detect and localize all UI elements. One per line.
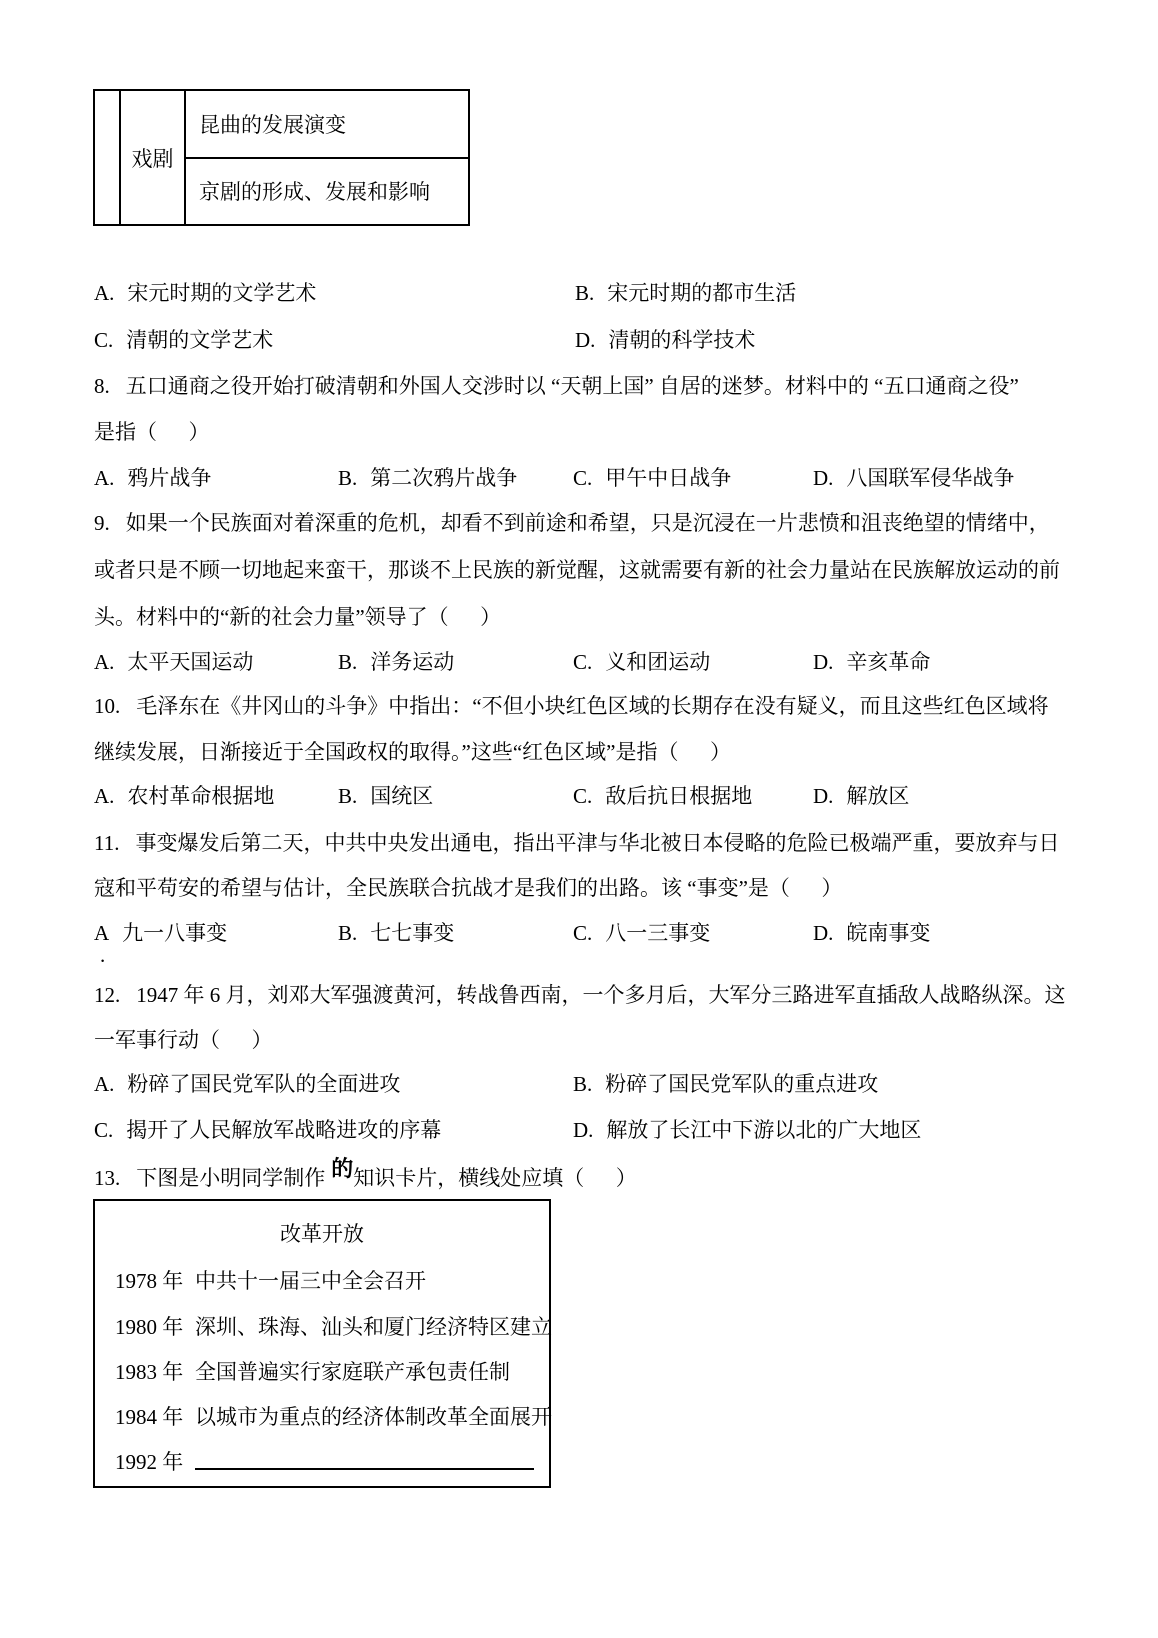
option-text: 太平天国运动 bbox=[127, 650, 253, 674]
q9-stem-line-3: 头。材料中的“新的社会力量”领导了（ ） bbox=[94, 603, 501, 631]
q9-option-a: A.太平天国运动 bbox=[94, 648, 253, 676]
q11-stem-line-1: 11.事变爆发后第二天，中共中央发出通电，指出平津与华北被日本侵略的危险已极端严… bbox=[94, 829, 1059, 857]
q9-stem-line-2: 或者只是不顾一切地起来蛮干，那谈不上民族的新觉醒，这就需要有新的社会力量站在民族… bbox=[94, 556, 1060, 584]
option-text: 粉碎了国民党军队的全面进攻 bbox=[127, 1072, 400, 1096]
q8-option-a: A.鸦片战争 bbox=[94, 464, 211, 492]
drama-table: 戏剧 昆曲的发展演变 京剧的形成、发展和影响 bbox=[93, 89, 470, 226]
q7-option-d: D.清朝的科学技术 bbox=[575, 326, 755, 354]
q12-stem-line-1: 12.1947 年 6 月，刘邓大军强渡黄河，转战鲁西南，一个多月后，大军分三路… bbox=[94, 981, 1066, 1009]
q12-option-a: A.粉碎了国民党军队的全面进攻 bbox=[94, 1070, 400, 1098]
q13-stem-line: 13.下图是小明同学制作的知识卡片，横线处应填（ ） bbox=[94, 1164, 637, 1192]
option-text: 敌后抗日根据地 bbox=[605, 784, 752, 808]
q8-option-d: D.八国联军侵华战争 bbox=[813, 464, 1014, 492]
q8-stem-line-2: 是指（ ） bbox=[94, 418, 210, 446]
stem-text: 知识卡片，横线处应填（ ） bbox=[353, 1166, 637, 1190]
stray-period-mark: . bbox=[100, 941, 105, 969]
q8-option-b: B.第二次鸦片战争 bbox=[338, 464, 517, 492]
q7-option-c: C.清朝的文学艺术 bbox=[94, 326, 273, 354]
option-label: C. bbox=[94, 1118, 113, 1142]
q7-option-a: A.宋元时期的文学艺术 bbox=[94, 279, 316, 307]
q11-option-c: C.八一三事变 bbox=[573, 919, 710, 947]
option-label: A. bbox=[94, 650, 114, 674]
knowledge-card: 改革开放 1978 年中共十一届三中全会召开 1980 年深圳、珠海、汕头和厦门… bbox=[93, 1199, 551, 1488]
stem-text: 是指（ ） bbox=[94, 420, 210, 444]
q11-option-d: D.皖南事变 bbox=[813, 919, 930, 947]
question-number: 9. bbox=[94, 511, 110, 535]
q9-option-c: C.义和团运动 bbox=[573, 648, 710, 676]
card-year: 1980 年 bbox=[115, 1311, 183, 1341]
option-label: C. bbox=[94, 328, 113, 352]
q11-option-b: B.七七事变 bbox=[338, 919, 454, 947]
option-label: B. bbox=[338, 466, 357, 490]
option-label: D. bbox=[813, 466, 833, 490]
option-text: 七七事变 bbox=[370, 921, 454, 945]
q10-option-c: C.敌后抗日根据地 bbox=[573, 782, 752, 810]
stem-text: 继续发展，日渐接近于全国政权的取得。”这些“红色区域”是指（ ） bbox=[94, 740, 731, 764]
option-label: A. bbox=[94, 466, 114, 490]
stem-text: 下图是小明同学制作 bbox=[136, 1166, 325, 1190]
option-text: 农村革命根据地 bbox=[127, 784, 274, 808]
card-event: 中共十一届三中全会召开 bbox=[195, 1265, 426, 1295]
q8-stem-line-1: 8.五口通商之役开始打破清朝和外国人交涉时以 “天朝上国” 自居的迷梦。材料中的… bbox=[94, 372, 1019, 400]
card-year: 1984 年 bbox=[115, 1401, 183, 1431]
fill-in-blank-line bbox=[195, 1468, 534, 1470]
option-label: D. bbox=[575, 328, 595, 352]
option-label: D. bbox=[813, 921, 833, 945]
q10-stem-line-2: 继续发展，日渐接近于全国政权的取得。”这些“红色区域”是指（ ） bbox=[94, 738, 731, 766]
stem-emphasized-char: 的 bbox=[331, 1156, 353, 1181]
option-text: 解放了长江中下游以北的广大地区 bbox=[606, 1118, 921, 1142]
q12-option-d: D.解放了长江中下游以北的广大地区 bbox=[573, 1116, 921, 1144]
stem-text: 五口通商之役开始打破清朝和外国人交涉时以 “天朝上国” 自居的迷梦。材料中的 “… bbox=[126, 374, 1019, 398]
question-number: 8. bbox=[94, 374, 110, 398]
stem-text: 寇和平苟安的希望与估计，全民族联合抗战才是我们的出路。该 “事变”是（ ） bbox=[94, 876, 842, 900]
question-number: 12. bbox=[94, 983, 120, 1007]
option-label: B. bbox=[575, 281, 594, 305]
q11-option-a: A九一八事变 bbox=[94, 919, 227, 947]
option-label: A. bbox=[94, 1072, 114, 1096]
option-label: A. bbox=[94, 281, 114, 305]
card-event: 以城市为重点的经济体制改革全面展开 bbox=[195, 1401, 552, 1431]
option-label: D. bbox=[813, 784, 833, 808]
option-label: D. bbox=[813, 650, 833, 674]
q12-stem-line-2: 一军事行动（ ） bbox=[94, 1026, 273, 1054]
option-text: 八国联军侵华战争 bbox=[846, 466, 1014, 490]
exam-page: 戏剧 昆曲的发展演变 京剧的形成、发展和影响 A.宋元时期的文学艺术 B.宋元时… bbox=[0, 0, 1158, 1638]
drama-table-empty-column bbox=[95, 91, 121, 224]
option-text: 九一八事变 bbox=[122, 921, 227, 945]
option-label: C. bbox=[573, 466, 592, 490]
card-year: 1983 年 bbox=[115, 1356, 183, 1386]
q12-option-b: B.粉碎了国民党军队的重点进攻 bbox=[573, 1070, 878, 1098]
option-label: B. bbox=[573, 1072, 592, 1096]
q11-stem-line-2: 寇和平苟安的希望与估计，全民族联合抗战才是我们的出路。该 “事变”是（ ） bbox=[94, 874, 842, 902]
option-text: 义和团运动 bbox=[605, 650, 710, 674]
stem-text: 毛泽东在《井冈山的斗争》中指出：“不但小块红色区域的长期存在没有疑义，而且这些红… bbox=[136, 694, 1048, 718]
card-year: 1978 年 bbox=[115, 1265, 183, 1295]
drama-table-row-kunqu: 昆曲的发展演变 bbox=[186, 91, 468, 159]
option-text: 清朝的文学艺术 bbox=[126, 328, 273, 352]
question-number: 10. bbox=[94, 694, 120, 718]
q12-option-c: C.揭开了人民解放军战略进攻的序幕 bbox=[94, 1116, 441, 1144]
option-text: 宋元时期的都市生活 bbox=[607, 281, 796, 305]
q9-stem-line-1: 9.如果一个民族面对着深重的危机，却看不到前途和希望，只是沉浸在一片悲愤和沮丧绝… bbox=[94, 509, 1050, 537]
q10-stem-line-1: 10.毛泽东在《井冈山的斗争》中指出：“不但小块红色区域的长期存在没有疑义，而且… bbox=[94, 692, 1049, 720]
question-number: 13. bbox=[94, 1166, 120, 1190]
card-event: 全国普遍实行家庭联产承包责任制 bbox=[195, 1356, 510, 1386]
option-text: 鸦片战争 bbox=[127, 466, 211, 490]
option-text: 解放区 bbox=[846, 784, 909, 808]
option-label: C. bbox=[573, 921, 592, 945]
card-event: 深圳、珠海、汕头和厦门经济特区建立 bbox=[195, 1311, 552, 1341]
option-text: 宋元时期的文学艺术 bbox=[127, 281, 316, 305]
option-label: C. bbox=[573, 784, 592, 808]
q9-option-b: B.洋务运动 bbox=[338, 648, 454, 676]
drama-table-category-cell: 戏剧 bbox=[121, 91, 186, 224]
option-text: 辛亥革命 bbox=[846, 650, 930, 674]
option-text: 洋务运动 bbox=[370, 650, 454, 674]
drama-table-content-column: 昆曲的发展演变 京剧的形成、发展和影响 bbox=[186, 91, 468, 224]
option-text: 皖南事变 bbox=[846, 921, 930, 945]
option-label: B. bbox=[338, 921, 357, 945]
stem-text: 一军事行动（ ） bbox=[94, 1028, 273, 1052]
card-year: 1992 年 bbox=[115, 1446, 183, 1476]
stem-text: 如果一个民族面对着深重的危机，却看不到前途和希望，只是沉浸在一片悲愤和沮丧绝望的… bbox=[126, 511, 1050, 535]
q9-option-d: D.辛亥革命 bbox=[813, 648, 930, 676]
stem-text: 1947 年 6 月，刘邓大军强渡黄河，转战鲁西南，一个多月后，大军分三路进军直… bbox=[136, 983, 1065, 1007]
stem-text: 头。材料中的“新的社会力量”领导了（ ） bbox=[94, 605, 501, 629]
option-text: 国统区 bbox=[370, 784, 433, 808]
q10-option-a: A.农村革命根据地 bbox=[94, 782, 274, 810]
option-text: 第二次鸦片战争 bbox=[370, 466, 517, 490]
option-label: B. bbox=[338, 784, 357, 808]
q10-option-d: D.解放区 bbox=[813, 782, 909, 810]
option-label: C. bbox=[573, 650, 592, 674]
question-number: 11. bbox=[94, 831, 119, 855]
q10-option-b: B.国统区 bbox=[338, 782, 433, 810]
option-label: A. bbox=[94, 784, 114, 808]
q7-option-b: B.宋元时期的都市生活 bbox=[575, 279, 796, 307]
option-label: B. bbox=[338, 650, 357, 674]
knowledge-card-title: 改革开放 bbox=[95, 1218, 549, 1248]
stem-text: 或者只是不顾一切地起来蛮干，那谈不上民族的新觉醒，这就需要有新的社会力量站在民族… bbox=[94, 558, 1060, 582]
option-text: 粉碎了国民党军队的重点进攻 bbox=[605, 1072, 878, 1096]
stem-text: 事变爆发后第二天，中共中央发出通电，指出平津与华北被日本侵略的危险已极端严重，要… bbox=[135, 831, 1059, 855]
option-text: 八一三事变 bbox=[605, 921, 710, 945]
option-label: D. bbox=[573, 1118, 593, 1142]
option-text: 揭开了人民解放军战略进攻的序幕 bbox=[126, 1118, 441, 1142]
option-text: 甲午中日战争 bbox=[605, 466, 731, 490]
q8-option-c: C.甲午中日战争 bbox=[573, 464, 731, 492]
drama-table-row-jingju: 京剧的形成、发展和影响 bbox=[186, 159, 468, 225]
option-text: 清朝的科学技术 bbox=[608, 328, 755, 352]
